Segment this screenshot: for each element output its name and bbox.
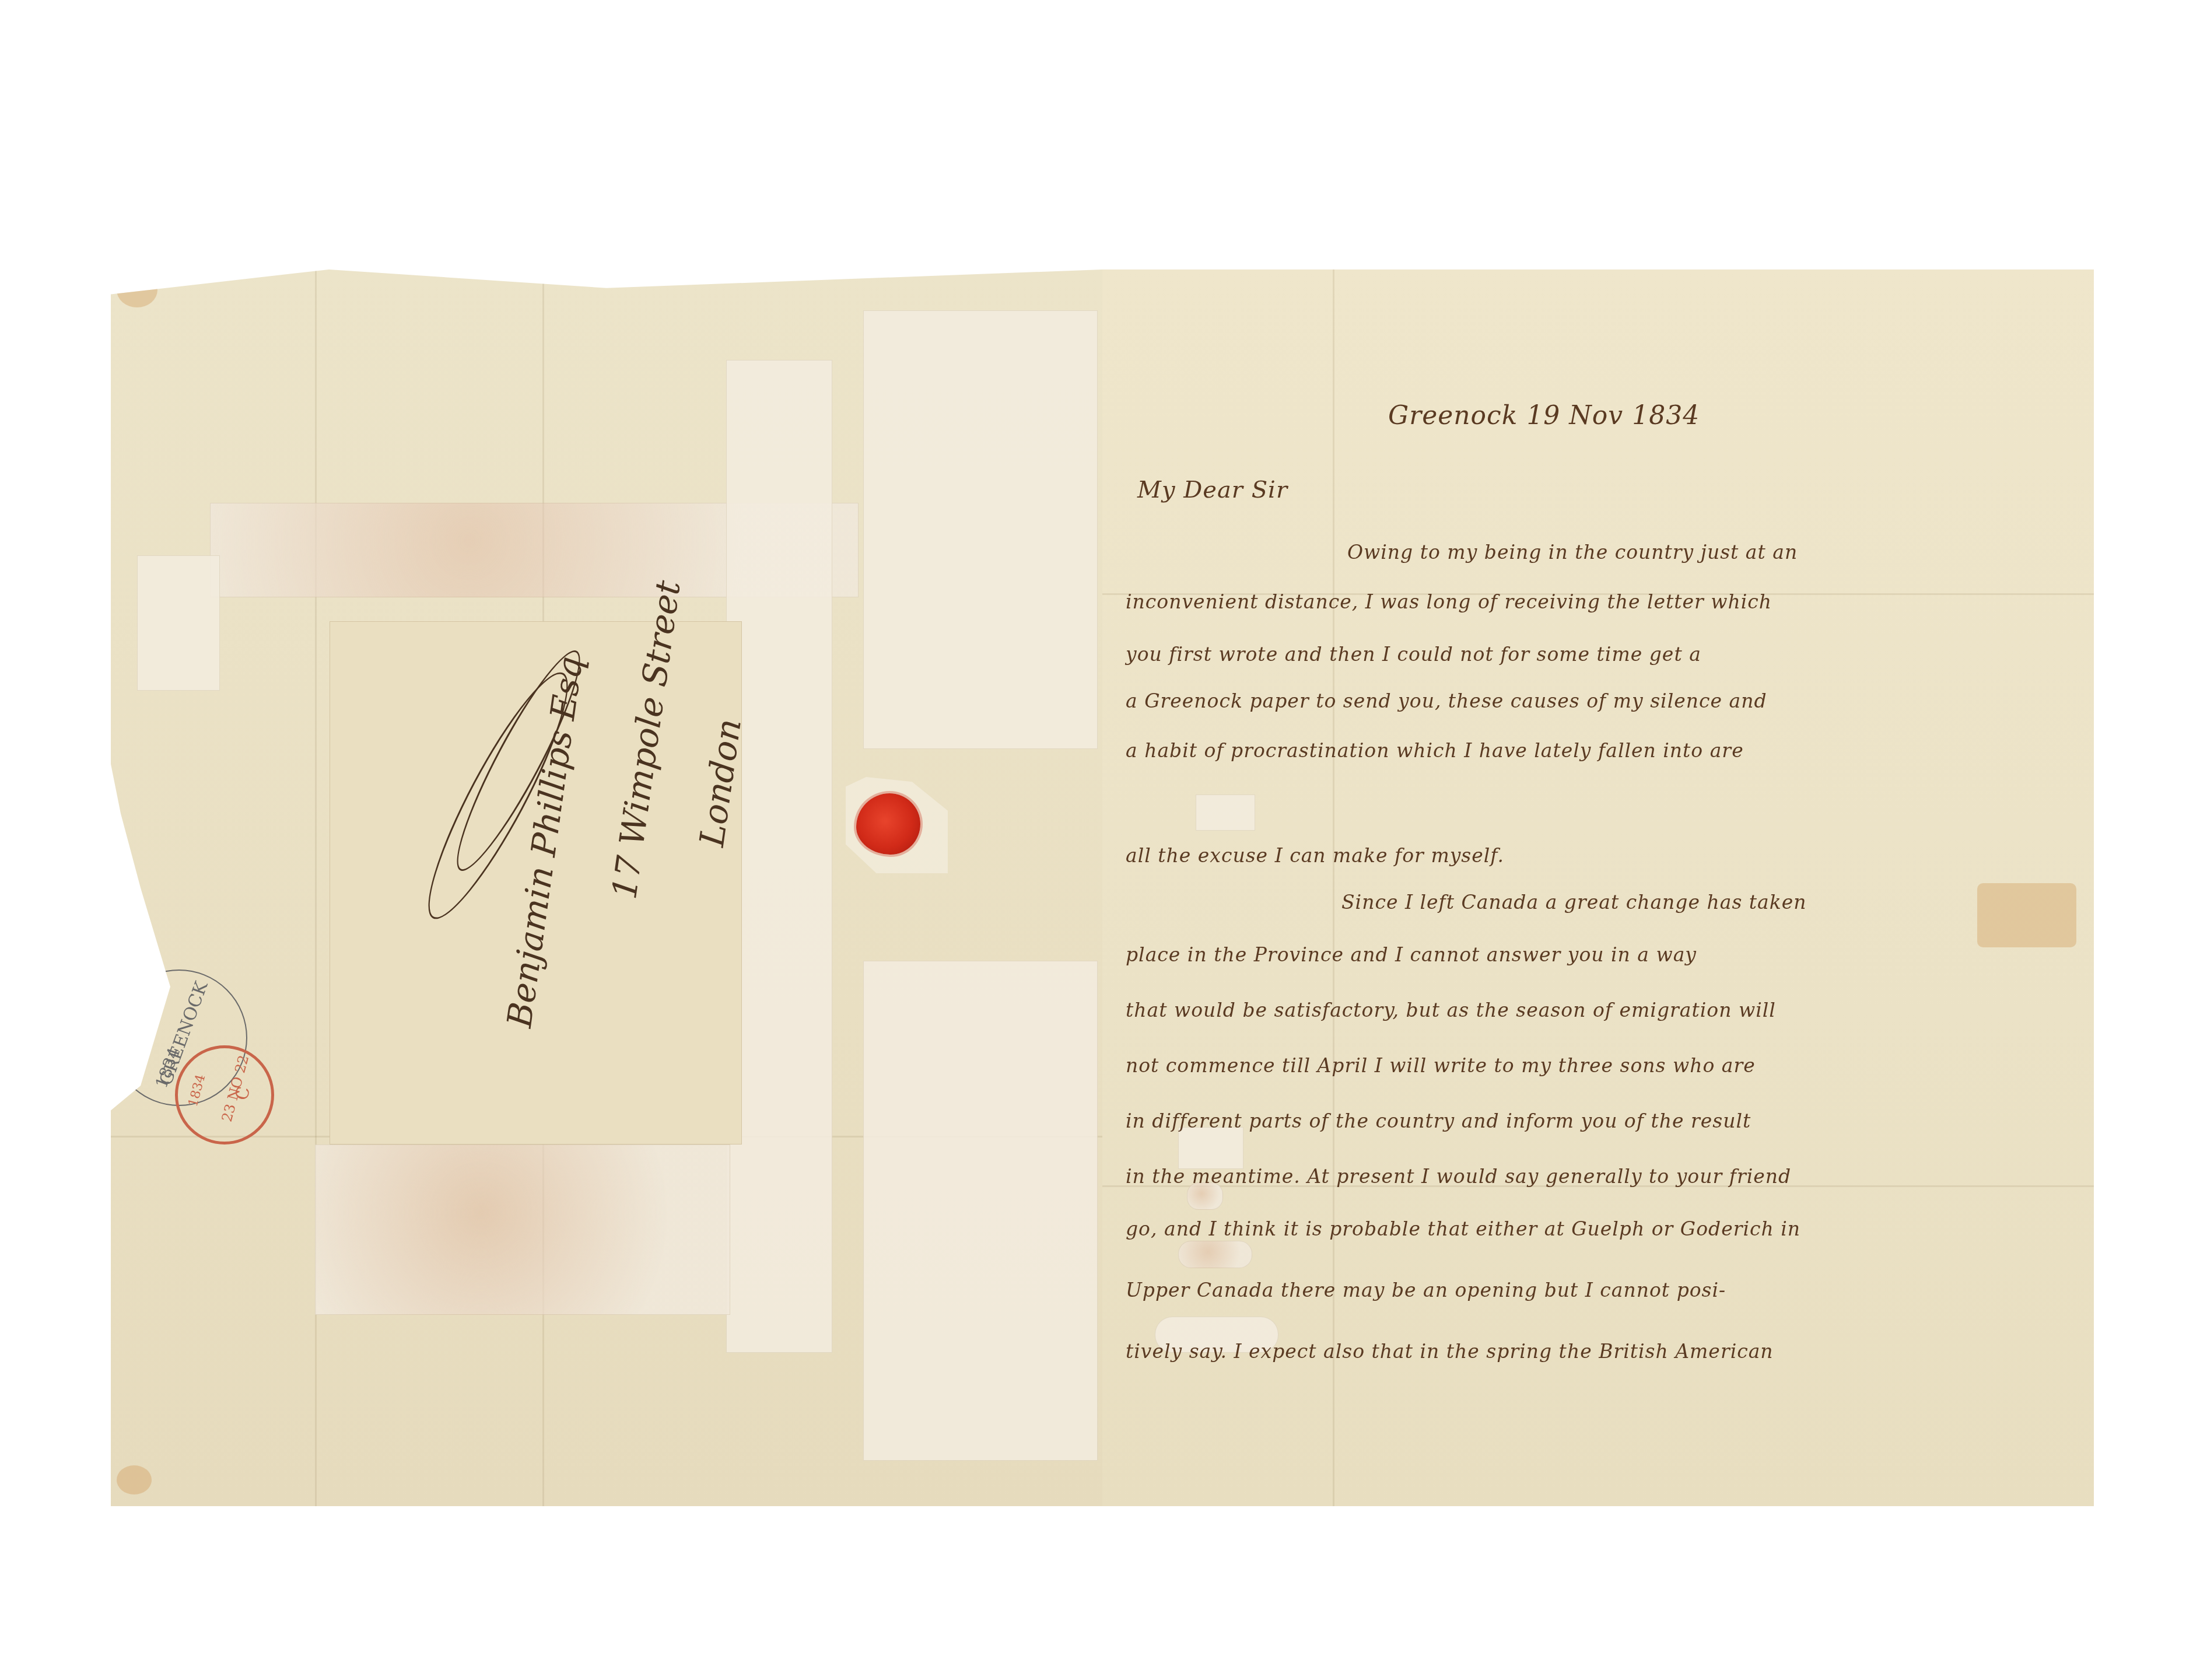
tissue-repair-patch — [315, 1144, 730, 1315]
fold-line — [315, 269, 317, 1506]
letter-text: Greenock 19 Nov 1834 My Dear Sir Owing t… — [1114, 269, 2082, 1506]
tissue-repair-patch — [137, 555, 220, 691]
letter-sheet: Benjamin Phillips Esq 17 Wimpole Street … — [111, 269, 2094, 1506]
letter-line: in different parts of the country and in… — [1126, 1109, 1751, 1132]
address-street: 17 Wimpole Street — [604, 578, 688, 902]
letter-line: not commence till April I will write to … — [1126, 1054, 1756, 1077]
address-panel: Benjamin Phillips Esq 17 Wimpole Street … — [330, 621, 742, 1144]
cover-panel: Benjamin Phillips Esq 17 Wimpole Street … — [111, 269, 1102, 1506]
tissue-repair-strip — [863, 961, 1098, 1461]
postmark-red-year: 1834 — [186, 1073, 209, 1108]
tissue-repair-strip — [863, 310, 1098, 749]
letter-dateline: Greenock 19 Nov 1834 — [1388, 401, 1700, 430]
letter-salutation: My Dear Sir — [1137, 477, 1288, 503]
letter-line: a habit of procrastination which I have … — [1126, 739, 1744, 762]
foxing-stain — [117, 1465, 152, 1494]
letter-line: place in the Province and I cannot answe… — [1126, 943, 1697, 966]
tissue-repair-strip — [726, 360, 832, 1353]
address-city: London — [692, 716, 749, 849]
address-name: Benjamin Phillips Esq — [499, 654, 591, 1030]
letter-line: Upper Canada there may be an opening but… — [1126, 1279, 1726, 1301]
letter-line: in the meantime. At present I would say … — [1126, 1165, 1791, 1188]
letter-line: Since I left Canada a great change has t… — [1341, 891, 1807, 914]
foxing-stain — [117, 272, 157, 307]
postmark-red: C 23 NO 22 1834 — [175, 1045, 274, 1144]
letter-line: inconvenient distance, I was long of rec… — [1126, 590, 1772, 613]
wax-seal — [856, 793, 920, 855]
letter-line: a Greenock paper to send you, these caus… — [1126, 689, 1767, 712]
letter-line: tively say. I expect also that in the sp… — [1126, 1340, 1774, 1363]
letter-line: that would be satisfactory, but as the s… — [1126, 999, 1776, 1021]
letter-line: go, and I think it is probable that eith… — [1126, 1217, 1800, 1240]
letter-line: all the excuse I can make for myself. — [1126, 844, 1504, 867]
letter-line: Owing to my being in the country just at… — [1347, 541, 1798, 563]
letter-line: you first wrote and then I could not for… — [1126, 643, 1701, 666]
